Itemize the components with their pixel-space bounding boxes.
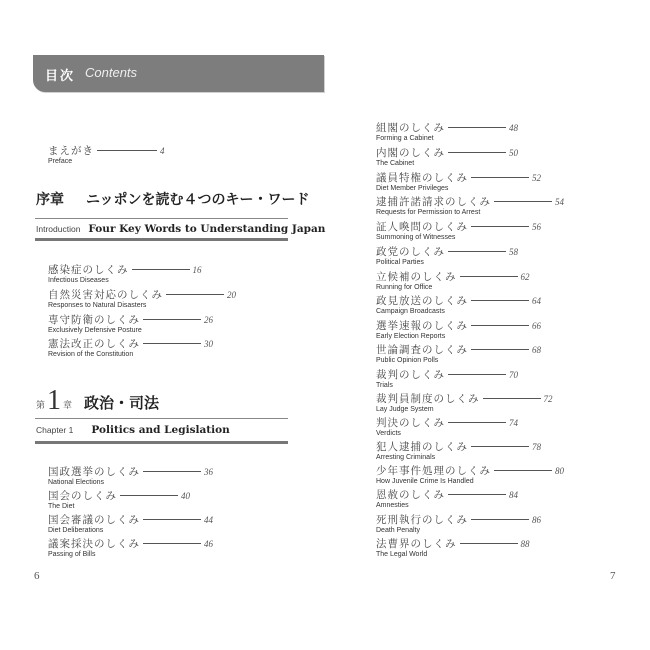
- entry-title-jp: 裁判員制度のしくみ: [376, 391, 480, 406]
- entry-page-number: 26: [204, 315, 213, 325]
- entry-page-number: 4: [160, 146, 165, 156]
- toc-entry[interactable]: 選挙速報のしくみ66 Early Election Reports: [376, 319, 541, 340]
- toc-entry[interactable]: 恩赦のしくみ84 Amnesties: [376, 488, 518, 509]
- entry-page-number: 16: [193, 265, 202, 275]
- toc-entry[interactable]: 国会審議のしくみ 44 Diet Deliberations: [48, 513, 213, 534]
- entry-title-en: Infectious Diseases: [48, 277, 202, 284]
- entry-title-jp: 組閣のしくみ: [376, 120, 445, 135]
- toc-entry[interactable]: 裁判員制度のしくみ72 Lay Judge System: [376, 392, 553, 413]
- dot-leader: [166, 294, 224, 295]
- dot-leader: [494, 470, 552, 471]
- entry-page-number: 44: [204, 515, 213, 525]
- dot-leader: [448, 251, 506, 252]
- chapter1-heading-jp: 第 1 章 政治・司法: [36, 388, 159, 414]
- entry-title-en: Diet Deliberations: [48, 527, 213, 534]
- chapter-number: 1: [47, 388, 61, 414]
- toc-entry[interactable]: 証人喚問のしくみ56 Summoning of Witnesses: [376, 220, 541, 241]
- entry-page-number: 20: [227, 290, 236, 300]
- toc-entry[interactable]: 政見放送のしくみ64 Campaign Broadcasts: [376, 294, 541, 315]
- page-number-left: 6: [34, 570, 40, 582]
- entry-title-en: Exclusively Defensive Posture: [48, 327, 213, 334]
- entry-title-jp: 専守防衛のしくみ: [48, 312, 140, 327]
- entry-title-en: Summoning of Witnesses: [376, 234, 541, 241]
- entry-title-jp: 内閣のしくみ: [376, 145, 445, 160]
- toc-entry[interactable]: 判決のしくみ74 Verdicts: [376, 416, 518, 437]
- dot-leader: [143, 471, 201, 472]
- toc-entry[interactable]: 死刑執行のしくみ86 Death Penalty: [376, 513, 541, 534]
- right-page: 組閣のしくみ48 Forming a Cabinet 内閣のしくみ50 The …: [325, 0, 650, 650]
- entry-title-en: Amnesties: [376, 502, 518, 509]
- entry-title-jp: 判決のしくみ: [376, 415, 445, 430]
- entry-page-number: 88: [521, 539, 530, 549]
- entry-title-en: Death Penalty: [376, 527, 541, 534]
- entry-page-number: 74: [509, 418, 518, 428]
- dot-leader: [143, 343, 201, 344]
- dot-leader: [97, 150, 157, 151]
- entry-title-jp: 国会審議のしくみ: [48, 512, 140, 527]
- divider-thick: [35, 441, 288, 444]
- dot-leader: [143, 543, 201, 544]
- dot-leader: [143, 319, 201, 320]
- entry-title-en: Arresting Criminals: [376, 454, 541, 461]
- entry-page-number: 70: [509, 370, 518, 380]
- dot-leader: [471, 349, 529, 350]
- entry-title-en: The Cabinet: [376, 160, 518, 167]
- toc-entry[interactable]: 自然災害対応のしくみ 20 Responses to Natural Disas…: [48, 288, 236, 309]
- entry-title-jp: 証人喚問のしくみ: [376, 219, 468, 234]
- entry-title-jp: 世論調査のしくみ: [376, 342, 468, 357]
- dot-leader: [448, 494, 506, 495]
- chapter-title-jp: 政治・司法: [84, 392, 159, 413]
- entry-title-jp: 感染症のしくみ: [48, 262, 129, 277]
- contents-title-jp: 目次: [45, 65, 75, 84]
- entry-title-en: Diet Member Privileges: [376, 185, 541, 192]
- entry-title-en: Running for Office: [376, 284, 530, 291]
- dot-leader: [471, 226, 529, 227]
- entry-title-en: Forming a Cabinet: [376, 135, 518, 142]
- toc-entry[interactable]: 感染症のしくみ 16 Infectious Diseases: [48, 263, 202, 284]
- entry-title-jp: 裁判のしくみ: [376, 367, 445, 382]
- entry-page-number: 46: [204, 539, 213, 549]
- dot-leader: [494, 201, 552, 202]
- toc-entry[interactable]: 憲法改正のしくみ 30 Revision of the Constitution: [48, 337, 213, 358]
- introduction-title-jp: ニッポンを読む４つのキー・ワード: [86, 192, 309, 208]
- toc-entry[interactable]: 犯人逮捕のしくみ78 Arresting Criminals: [376, 440, 541, 461]
- chapter-prefix: 第: [36, 398, 45, 411]
- toc-entry[interactable]: 少年事件処理のしくみ80 How Juvenile Crime Is Handl…: [376, 464, 564, 485]
- dot-leader: [460, 276, 518, 277]
- entry-title-en: The Legal World: [376, 551, 530, 558]
- entry-title-en: Early Election Reports: [376, 333, 541, 340]
- toc-entry[interactable]: 政党のしくみ58 Political Parties: [376, 245, 518, 266]
- entry-title-jp: 逮捕許諾請求のしくみ: [376, 194, 491, 209]
- toc-entry[interactable]: 国政選挙のしくみ 36 National Elections: [48, 465, 213, 486]
- entry-title-en: Preface: [48, 158, 165, 165]
- entry-title-jp: 選挙速報のしくみ: [376, 318, 468, 333]
- chapter1-heading-en: Chapter 1 Politics and Legislation: [36, 424, 230, 436]
- toc-entry[interactable]: 議案採決のしくみ 46 Passing of Bills: [48, 537, 213, 558]
- entry-title-jp: 恩赦のしくみ: [376, 487, 445, 502]
- dot-leader: [471, 519, 529, 520]
- entry-page-number: 58: [509, 247, 518, 257]
- chapter-label: Chapter 1: [36, 425, 73, 435]
- entry-page-number: 40: [181, 491, 190, 501]
- dot-leader: [471, 300, 529, 301]
- entry-title-en: Passing of Bills: [48, 551, 213, 558]
- entry-title-jp: 政党のしくみ: [376, 244, 445, 259]
- dot-leader: [132, 269, 190, 270]
- entry-title-jp: 国政選挙のしくみ: [48, 464, 140, 479]
- chapter-suffix: 章: [63, 398, 72, 411]
- entry-title-en: Campaign Broadcasts: [376, 308, 541, 315]
- entry-page-number: 48: [509, 123, 518, 133]
- entry-title-en: Political Parties: [376, 259, 518, 266]
- entry-title-jp: 議員特権のしくみ: [376, 170, 468, 185]
- dot-leader: [471, 325, 529, 326]
- dot-leader: [471, 177, 529, 178]
- entry-page-number: 68: [532, 345, 541, 355]
- toc-entry[interactable]: 組閣のしくみ48 Forming a Cabinet: [376, 121, 518, 142]
- entry-title-en: Requests for Permission to Arrest: [376, 209, 564, 216]
- entry-title-jp: 議案採決のしくみ: [48, 536, 140, 551]
- left-page: 目次 Contents まえがき 4 Preface 序章ニッポンを読む４つのキ…: [0, 0, 325, 650]
- introduction-heading-jp: 序章ニッポンを読む４つのキー・ワード: [36, 189, 309, 209]
- divider-thin: [35, 218, 288, 219]
- entry-page-number: 64: [532, 296, 541, 306]
- divider-thin: [35, 418, 288, 419]
- entry-title-jp: 国会のしくみ: [48, 488, 117, 503]
- dot-leader: [483, 398, 541, 399]
- entry-page-number: 56: [532, 222, 541, 232]
- entry-title-jp: 憲法改正のしくみ: [48, 336, 140, 351]
- toc-entry[interactable]: 専守防衛のしくみ 26 Exclusively Defensive Postur…: [48, 313, 213, 334]
- dot-leader: [448, 422, 506, 423]
- toc-entry[interactable]: 議員特権のしくみ52 Diet Member Privileges: [376, 171, 541, 192]
- entry-page-number: 78: [532, 442, 541, 452]
- page-number-right: 7: [610, 570, 616, 582]
- entry-title-jp: 立候補のしくみ: [376, 269, 457, 284]
- entry-page-number: 50: [509, 148, 518, 158]
- dot-leader: [448, 127, 506, 128]
- entry-title-jp: 死刑執行のしくみ: [376, 512, 468, 527]
- entry-page-number: 84: [509, 490, 518, 500]
- entry-title-jp: 少年事件処理のしくみ: [376, 463, 491, 478]
- entry-title-en: Lay Judge System: [376, 406, 553, 413]
- entry-title-en: Revision of the Constitution: [48, 351, 213, 358]
- entry-title-en: Responses to Natural Disasters: [48, 302, 236, 309]
- toc-entry[interactable]: 世論調査のしくみ68 Public Opinion Polls: [376, 343, 541, 364]
- entry-title-en: Verdicts: [376, 430, 518, 437]
- entry-page-number: 52: [532, 173, 541, 183]
- entry-title-jp: 犯人逮捕のしくみ: [376, 439, 468, 454]
- toc-entry[interactable]: 法曹界のしくみ88 The Legal World: [376, 537, 530, 558]
- entry-title-en: The Diet: [48, 503, 190, 510]
- divider-thick: [35, 238, 288, 241]
- toc-entry[interactable]: 立候補のしくみ62 Running for Office: [376, 270, 530, 291]
- entry-page-number: 62: [521, 272, 530, 282]
- entry-title-jp: 自然災害対応のしくみ: [48, 287, 163, 302]
- introduction-heading-en: Introduction Four Key Words to Understan…: [36, 223, 325, 235]
- entry-page-number: 72: [544, 394, 553, 404]
- dot-leader: [448, 152, 506, 153]
- entry-page-number: 54: [555, 197, 564, 207]
- entry-page-number: 36: [204, 467, 213, 477]
- dot-leader: [120, 495, 178, 496]
- entry-page-number: 80: [555, 466, 564, 476]
- toc-entry[interactable]: 内閣のしくみ50 The Cabinet: [376, 146, 518, 167]
- introduction-title-en: Four Key Words to Understanding Japan: [88, 223, 325, 235]
- introduction-label: Introduction: [36, 224, 80, 234]
- entry-title-en: Public Opinion Polls: [376, 357, 541, 364]
- toc-entry[interactable]: 逮捕許諾請求のしくみ54 Requests for Permission to …: [376, 195, 564, 216]
- entry-page-number: 86: [532, 515, 541, 525]
- entry-title-jp: 法曹界のしくみ: [376, 536, 457, 551]
- dot-leader: [143, 519, 201, 520]
- toc-entry[interactable]: 裁判のしくみ70 Trials: [376, 368, 518, 389]
- contents-header-bar: 目次 Contents: [33, 55, 324, 92]
- entry-title-jp: 政見放送のしくみ: [376, 293, 468, 308]
- entry-title-jp: まえがき: [48, 143, 94, 158]
- chapter-title-en: Politics and Legislation: [91, 424, 229, 436]
- toc-entry-preface[interactable]: まえがき 4 Preface: [48, 144, 165, 165]
- entry-title-en: Trials: [376, 382, 518, 389]
- contents-title-en: Contents: [85, 65, 137, 80]
- entry-title-en: National Elections: [48, 479, 213, 486]
- introduction-prefix: 序章: [36, 192, 64, 208]
- dot-leader: [448, 374, 506, 375]
- entry-page-number: 30: [204, 339, 213, 349]
- dot-leader: [471, 446, 529, 447]
- toc-entry[interactable]: 国会のしくみ 40 The Diet: [48, 489, 190, 510]
- entry-title-en: How Juvenile Crime Is Handled: [376, 478, 564, 485]
- entry-page-number: 66: [532, 321, 541, 331]
- dot-leader: [460, 543, 518, 544]
